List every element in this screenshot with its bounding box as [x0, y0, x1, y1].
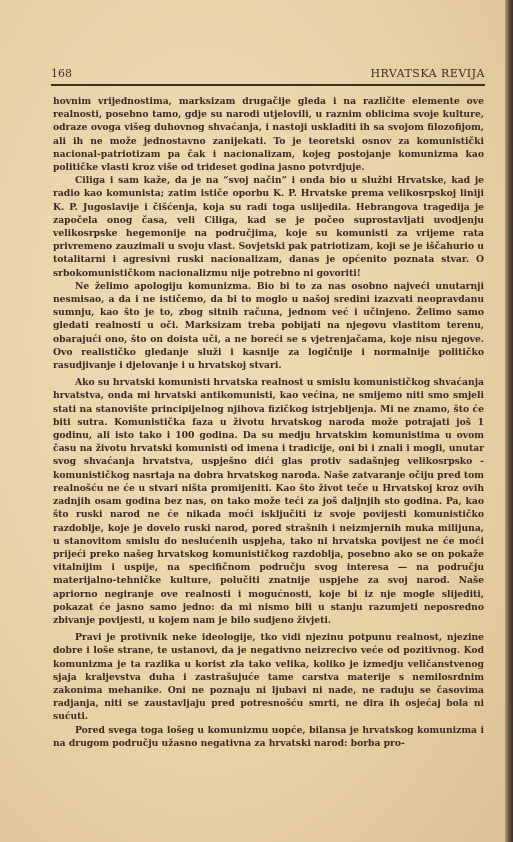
header-rule [51, 84, 485, 86]
paragraph: Pored svega toga lošeg u komunizmu uopće… [53, 724, 484, 750]
paragraph: Pravi je protivnik neke ideologije, tko … [53, 631, 484, 723]
paragraph: Ciliga i sam kaže, da je na “svoj način”… [53, 174, 484, 280]
body-text: hovnim vrijednostima, marksizam drugačij… [53, 95, 484, 750]
paragraph: Ako su hrvatski komunisti hrvatska realn… [53, 376, 484, 627]
paragraph: Ne želimo apologiju komunizma. Bio bi to… [53, 280, 484, 372]
book-spine-shadow [505, 0, 513, 842]
paragraph: hovnim vrijednostima, marksizam drugačij… [53, 95, 484, 174]
running-title: HRVATSKA REVIJA [370, 67, 485, 80]
page-header: 168 HRVATSKA REVIJA [51, 67, 485, 83]
page-number: 168 [51, 67, 72, 80]
